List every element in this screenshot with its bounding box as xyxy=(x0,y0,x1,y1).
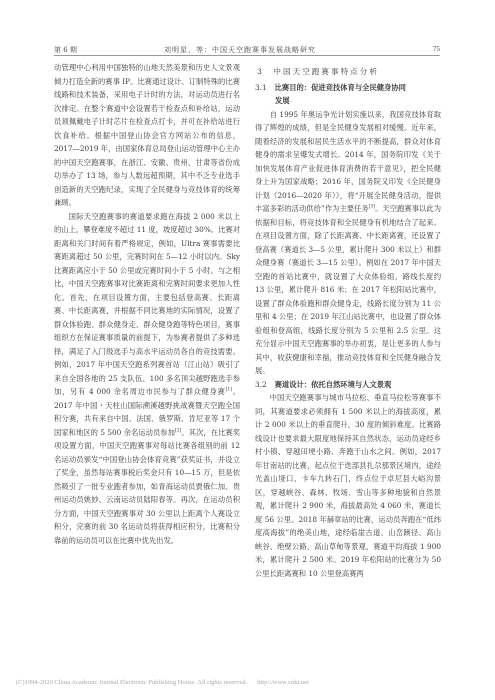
subsection-heading-3-2: 3.2赛道设计：依托自然环境与人文景观 xyxy=(255,378,441,392)
paragraph-3-1: 自 1995 年奥运争光计划实施以来，我国竞技体育取得了辉煌的成绩，但是全民健身… xyxy=(255,108,441,378)
subsection-number: 3.1 xyxy=(255,83,267,92)
section-heading: 3 中国天空跑赛事特点分析 xyxy=(257,65,441,79)
paragraph-race-rules: 国际天空跑赛事的赛道要求跑在海拔 2 000 米以上的山上，攀登难度不超过 11… xyxy=(54,210,240,548)
cnki-link[interactable]: http://www.cnki.net xyxy=(257,679,309,686)
subsection-heading-3-1: 3.1比赛目的：促进竞技体育与全民健身协同 发展 xyxy=(255,81,441,108)
left-column: 动管理中心利用中国独特的山地天然美景和历史人文景观倾力打造全新的赛事 IP。比赛… xyxy=(54,61,240,547)
issue-label: 第 6 期 xyxy=(54,45,77,55)
page-footer: (C)1994-2020 China Academic Journal Elec… xyxy=(16,679,486,686)
right-column: 3 中国天空跑赛事特点分析 3.1比赛目的：促进竞技体育与全民健身协同 发展 自… xyxy=(255,61,441,580)
page-number: 75 xyxy=(433,45,440,53)
paragraph-continued: 动管理中心利用中国独特的山地天然美景和历史人文景观倾力打造全新的赛事 IP。比赛… xyxy=(54,61,240,210)
header-divider xyxy=(54,55,440,56)
paragraph-3-2: 中国天空跑赛事与城市马拉松、垂直马拉松等赛事不同，其赛道要求必须拥有 1 500… xyxy=(255,391,441,580)
subsection-number: 3.2 xyxy=(255,380,267,389)
copyright-notice: (C)1994-2020 China Academic Journal Elec… xyxy=(16,679,247,686)
running-title: 刘明星，等：中国天空跑赛事发展战略研究 xyxy=(164,45,316,55)
